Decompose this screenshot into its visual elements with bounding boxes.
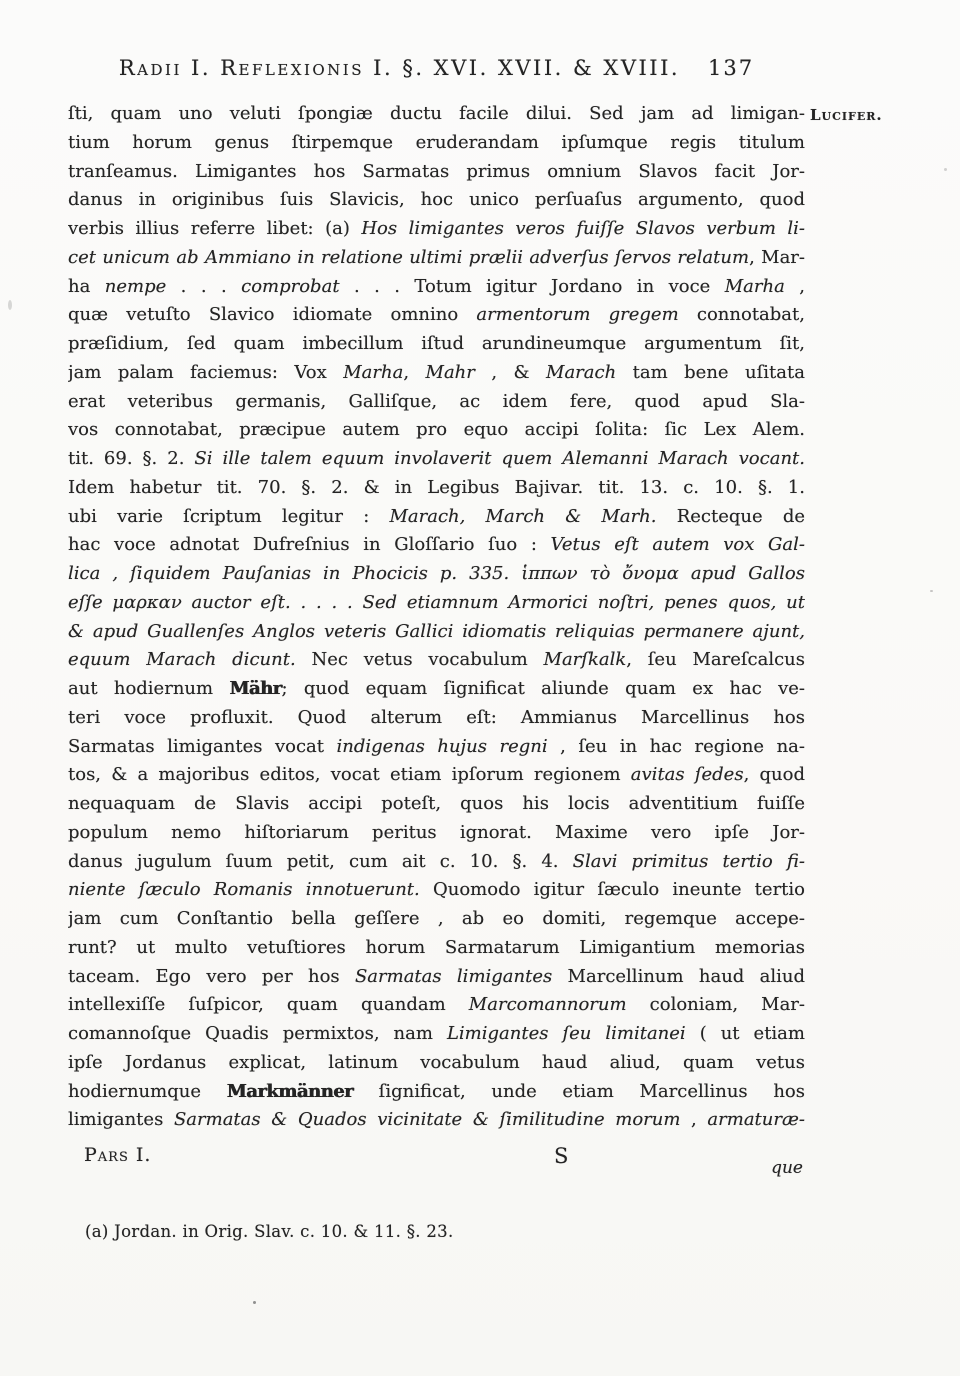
- text-segment: jam cum Conſtantio bella geſſere , ab eo…: [68, 908, 805, 929]
- text-line: eſſe μαρκαν auctor eſt. . . . . Sed etia…: [68, 589, 805, 618]
- text-line: verbis illius referre libet: (a) Hos lim…: [68, 215, 805, 244]
- text-line: hac voce adnotat Dufreſnius in Gloſſario…: [68, 531, 805, 560]
- text-line: comannoſque Quadis permixtos, nam Limiga…: [68, 1020, 805, 1049]
- text-line: populum nemo hiſtoriarum peritus ignorat…: [68, 819, 805, 848]
- text-segment: , ſeu in hac regione na-: [548, 736, 805, 757]
- text-segment: lica , ſiquidem Pauſanias in Phocicis p.…: [68, 563, 805, 584]
- text-segment: . . .: [166, 276, 241, 297]
- text-segment: , ſeu Mareſcalcus: [626, 649, 805, 670]
- fraktur-word: Mähr: [229, 678, 281, 699]
- text-line: ipſe Jordanus explicat, latinum vocabulu…: [68, 1049, 805, 1078]
- text-segment: teri voce profluxit. Quod alterum eſt: A…: [68, 707, 805, 728]
- text-line: intellexiſſe ſuſpicor, quam quandam Marc…: [68, 991, 805, 1020]
- text-segment: . . . Totum igitur Jordano in voce: [340, 276, 725, 297]
- text-segment: armentorum gregem: [476, 304, 678, 325]
- text-line: Sarmatas limigantes vocat indigenas huju…: [68, 733, 805, 762]
- text-segment: & apud Guallenſes Anglos veteris Gallici…: [68, 621, 805, 642]
- text-line: equum Marach dicunt. Nec vetus vocabulum…: [68, 646, 805, 675]
- text-line: quæ vetuſto Slavico idiomate omnino arme…: [68, 301, 805, 330]
- text-segment: Marha: [343, 362, 403, 383]
- text-segment: Sarmatas & Quados vicinitate & ſimilitud…: [174, 1109, 680, 1130]
- text-line: danus jugulum ſuum petit, cum ait c. 10.…: [68, 848, 805, 877]
- text-line: runt? ut multo vetuſtiores horum Sarmata…: [68, 934, 805, 963]
- text-line: lica , ſiquidem Pauſanias in Phocicis p.…: [68, 560, 805, 589]
- scan-speck: [8, 300, 12, 310]
- text-segment: ubi varie ſcriptum legitur :: [68, 506, 389, 527]
- text-segment: eſſe μαρκαν auctor eſt. . . . . Sed etia…: [68, 592, 805, 613]
- text-line: vos connotabat, præcipue autem pro equo …: [68, 416, 805, 445]
- text-line: hodiernumque Markmänner ſignificat, unde…: [68, 1078, 805, 1107]
- text-segment: Idem habetur tit. 70. §. 2. & in Legibus…: [68, 477, 805, 498]
- text-line: ha nempe . . . comprobat . . . Totum igi…: [68, 273, 805, 302]
- text-segment: tos, & a majoribus editos, vocat etiam i…: [68, 764, 631, 785]
- text-segment: Vetus eſt autem vox Gal-: [551, 534, 805, 555]
- text-segment: ſignificat, unde etiam Marcellinus hos: [353, 1081, 805, 1102]
- text-segment: ,: [785, 276, 805, 297]
- text-segment: quæ vetuſto Slavico idiomate omnino: [68, 304, 476, 325]
- text-line: niente ſæculo Romanis innotuerunt. Quomo…: [68, 876, 805, 905]
- text-segment: Recteque de: [657, 506, 806, 527]
- text-segment: Marach: [546, 362, 616, 383]
- text-segment: tium horum genus ſtirpemque eruderandam …: [68, 132, 805, 153]
- signature-mark: S: [554, 1144, 568, 1168]
- text-segment: cet unicum ab Ammiano in relatione ultim…: [68, 247, 749, 268]
- text-segment: indigenas hujus regni: [337, 736, 548, 757]
- text-segment: tit. 69. §. 2.: [68, 448, 194, 469]
- text-segment: danus jugulum ſuum petit, cum ait c. 10.…: [68, 851, 573, 872]
- text-segment: populum nemo hiſtoriarum peritus ignorat…: [68, 822, 805, 843]
- text-line: aut hodiernum Mähr; quod equam ſignifica…: [68, 675, 805, 704]
- text-line: limigantes Sarmatas & Quados vicinitate …: [68, 1106, 805, 1135]
- text-segment: Marach, March & Marh.: [389, 506, 656, 527]
- text-segment: Quomodo igitur ſæculo ineunte tertio: [420, 879, 805, 900]
- text-line: nequaquam de Slavis accipi poteſt, quos …: [68, 790, 805, 819]
- text-segment: nequaquam de Slavis accipi poteſt, quos …: [68, 793, 805, 814]
- catchword: que: [771, 1158, 803, 1178]
- footnote: (a) Jordan. in Orig. Slav. c. 10. & 11. …: [85, 1222, 454, 1241]
- text-segment: ,: [403, 362, 425, 383]
- text-segment: niente ſæculo Romanis innotuerunt.: [68, 879, 420, 900]
- text-segment: hac voce adnotat Dufreſnius in Gloſſario…: [68, 534, 551, 555]
- text-segment: verbis illius referre libet: (a): [68, 218, 361, 239]
- text-segment: Si ille talem equum involaverit quem Ale…: [194, 448, 805, 469]
- text-line: Idem habetur tit. 70. §. 2. & in Legibus…: [68, 474, 805, 503]
- text-segment: armaturæ-: [707, 1109, 805, 1130]
- text-line: danus in originibus ſuis Slavicis, hoc u…: [68, 186, 805, 215]
- text-line: ubi varie ſcriptum legitur : Marach, Mar…: [68, 503, 805, 532]
- text-segment: taceam. Ego vero per hos: [68, 966, 355, 987]
- text-segment: aut hodiernum: [68, 678, 229, 699]
- footer-line: Pars I. S que: [68, 1142, 805, 1186]
- text-segment: connotabat,: [679, 304, 805, 325]
- text-segment: Slavi primitus tertio fi-: [573, 851, 805, 872]
- text-segment: , quod: [744, 764, 805, 785]
- text-segment: , &: [475, 362, 546, 383]
- text-segment: avitas ſedes: [631, 764, 744, 785]
- text-segment: coloniam, Mar-: [627, 994, 805, 1015]
- text-segment: Marha: [725, 276, 785, 297]
- text-segment: Hos limigantes veros fuiſſe Slavos verbu…: [361, 218, 805, 239]
- text-segment: Marſkalk: [544, 649, 627, 670]
- text-segment: ſti, quam uno veluti ſpongiæ ductu facil…: [68, 103, 805, 124]
- text-segment: ( ut etiam: [686, 1023, 805, 1044]
- text-segment: ; quod equam ſignificat aliunde quam ex …: [282, 678, 805, 699]
- text-line: taceam. Ego vero per hos Sarmatas limiga…: [68, 963, 805, 992]
- scan-speck: [930, 590, 933, 592]
- text-segment: danus in originibus ſuis Slavicis, hoc u…: [68, 189, 805, 210]
- text-segment: præſidium, ſed quam imbecillum iſtud aru…: [68, 333, 805, 354]
- text-segment: , Mar-: [749, 247, 805, 268]
- text-line: ſti, quam uno veluti ſpongiæ ductu facil…: [68, 100, 805, 129]
- text-segment: tranſeamus. Limigantes hos Sarmatas prim…: [68, 161, 805, 182]
- margin-note: Lucifer.: [810, 106, 958, 124]
- text-line: tos, & a majoribus editos, vocat etiam i…: [68, 761, 805, 790]
- text-segment: jam palam faciemus: Vox: [68, 362, 343, 383]
- text-segment: vos connotabat, præcipue autem pro equo …: [68, 419, 805, 440]
- text-segment: comprobat: [241, 276, 339, 297]
- text-segment: Marcomannorum: [469, 994, 627, 1015]
- text-line: tit. 69. §. 2. Si ille talem equum invol…: [68, 445, 805, 474]
- fraktur-word: Markmänner: [227, 1081, 353, 1102]
- text-segment: ipſe Jordanus explicat, latinum vocabulu…: [68, 1052, 805, 1073]
- running-header: Radii I. Reflexionis I. §. XVI. XVII. & …: [68, 56, 805, 80]
- text-segment: ,: [680, 1109, 707, 1130]
- text-segment: Limigantes ſeu limitanei: [447, 1023, 686, 1044]
- text-segment: equum Marach dicunt.: [68, 649, 296, 670]
- text-line: jam palam faciemus: Vox Marha, Mahr , & …: [68, 359, 805, 388]
- text-line: præſidium, ſed quam imbecillum iſtud aru…: [68, 330, 805, 359]
- text-segment: Marcellinum haud aliud: [552, 966, 805, 987]
- scan-speck: [944, 168, 947, 171]
- text-line: tium horum genus ſtirpemque eruderandam …: [68, 129, 805, 158]
- text-line: cet unicum ab Ammiano in relatione ultim…: [68, 244, 805, 273]
- text-segment: nempe: [105, 276, 167, 297]
- book-page: Radii I. Reflexionis I. §. XVI. XVII. & …: [0, 0, 960, 1376]
- text-segment: ha: [68, 276, 105, 297]
- text-segment: tam bene uſitata: [616, 362, 805, 383]
- text-segment: Mahr: [426, 362, 475, 383]
- text-segment: Sarmatas limigantes vocat: [68, 736, 337, 757]
- page-number: 137: [708, 56, 754, 80]
- text-segment: runt? ut multo vetuſtiores horum Sarmata…: [68, 937, 805, 958]
- text-segment: intellexiſſe ſuſpicor, quam quandam: [68, 994, 469, 1015]
- body-text: ſti, quam uno veluti ſpongiæ ductu facil…: [68, 100, 805, 1135]
- text-line: erat veteribus germanis, Galliſque, ac i…: [68, 388, 805, 417]
- text-segment: comannoſque Quadis permixtos, nam: [68, 1023, 447, 1044]
- scan-speck: [253, 1301, 256, 1304]
- text-line: teri voce profluxit. Quod alterum eſt: A…: [68, 704, 805, 733]
- text-line: tranſeamus. Limigantes hos Sarmatas prim…: [68, 158, 805, 187]
- text-segment: hodiernumque: [68, 1081, 227, 1102]
- part-label: Pars I.: [84, 1144, 151, 1166]
- text-segment: limigantes: [68, 1109, 174, 1130]
- text-segment: Nec vetus vocabulum: [296, 649, 544, 670]
- page-title: Radii I. Reflexionis I. §. XVI. XVII. & …: [119, 56, 680, 80]
- text-segment: erat veteribus germanis, Galliſque, ac i…: [68, 391, 805, 412]
- text-line: & apud Guallenſes Anglos veteris Gallici…: [68, 618, 805, 647]
- text-segment: Sarmatas limigantes: [355, 966, 552, 987]
- text-line: jam cum Conſtantio bella geſſere , ab eo…: [68, 905, 805, 934]
